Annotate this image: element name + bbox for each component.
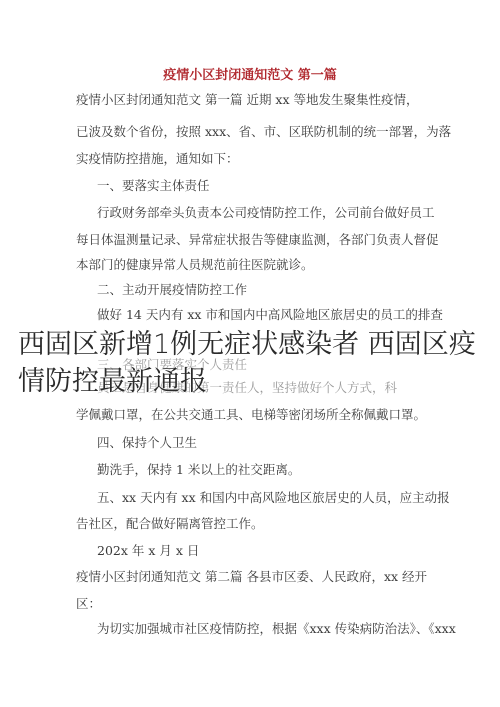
paragraph-line: 区：	[76, 594, 101, 612]
paragraph-line: 本部门的健康异常人员规范前往医院就诊。	[76, 255, 314, 273]
paragraph-line: 勤洗手，保持 1 米以上的社交距离。	[97, 460, 300, 478]
headline-overlay: 西固区新增1例无症状感染者 西固区疫情防控最新通报	[18, 326, 498, 400]
document-page: 疫情小区封闭通知范文 第一篇 疫情小区封闭通知范文 第一篇 近期 xx 等地发生…	[0, 0, 500, 707]
paragraph-line: 每日体温测量记录、异常症状报告等健康监测，各部门负责人督促	[76, 230, 439, 248]
paragraph-line: 四、保持个人卫生	[97, 433, 197, 451]
document-title: 疫情小区封闭通知范文 第一篇	[0, 64, 500, 83]
paragraph-line: 疫情小区封闭通知范文 第一篇 近期 xx 等地发生聚集性疫情，	[76, 90, 419, 108]
paragraph-line: 告社区，配合做好隔离管控工作。	[76, 514, 264, 532]
paragraph-line: 五、xx 天内有 xx 和国内中高风险地区旅居史的人员，应主动报	[97, 488, 450, 506]
paragraph-line: 202x 年 x 月 x 日	[97, 541, 199, 559]
paragraph-line: 做好 14 天内有 xx 市和国内中高风险地区旅居史的员工的排查	[97, 305, 443, 323]
paragraph-line: 为切实加强城市社区疫情防控，根据《xxx 传染病防治法》、《xxx	[97, 619, 456, 637]
paragraph-line: 二、主动开展疫情防控工作	[97, 280, 247, 298]
paragraph-line: 行政财务部牵头负责本公司疫情防控工作，公司前台做好员工	[97, 203, 435, 221]
paragraph-line: 一、要落实主体责任	[97, 176, 210, 194]
paragraph-line: 学佩戴口罩，在公共交通工具、电梯等密闭场所全称佩戴口罩。	[76, 405, 426, 423]
paragraph-line: 已波及数个省份，按照 xxx、省、市、区联防机制的统一部署，为落	[76, 122, 451, 140]
paragraph-line: 实疫情防控措施，通知如下：	[76, 149, 239, 167]
paragraph-line: 疫情小区封闭通知范文 第二篇 各县市区委、人民政府，xx 经开	[76, 567, 427, 585]
